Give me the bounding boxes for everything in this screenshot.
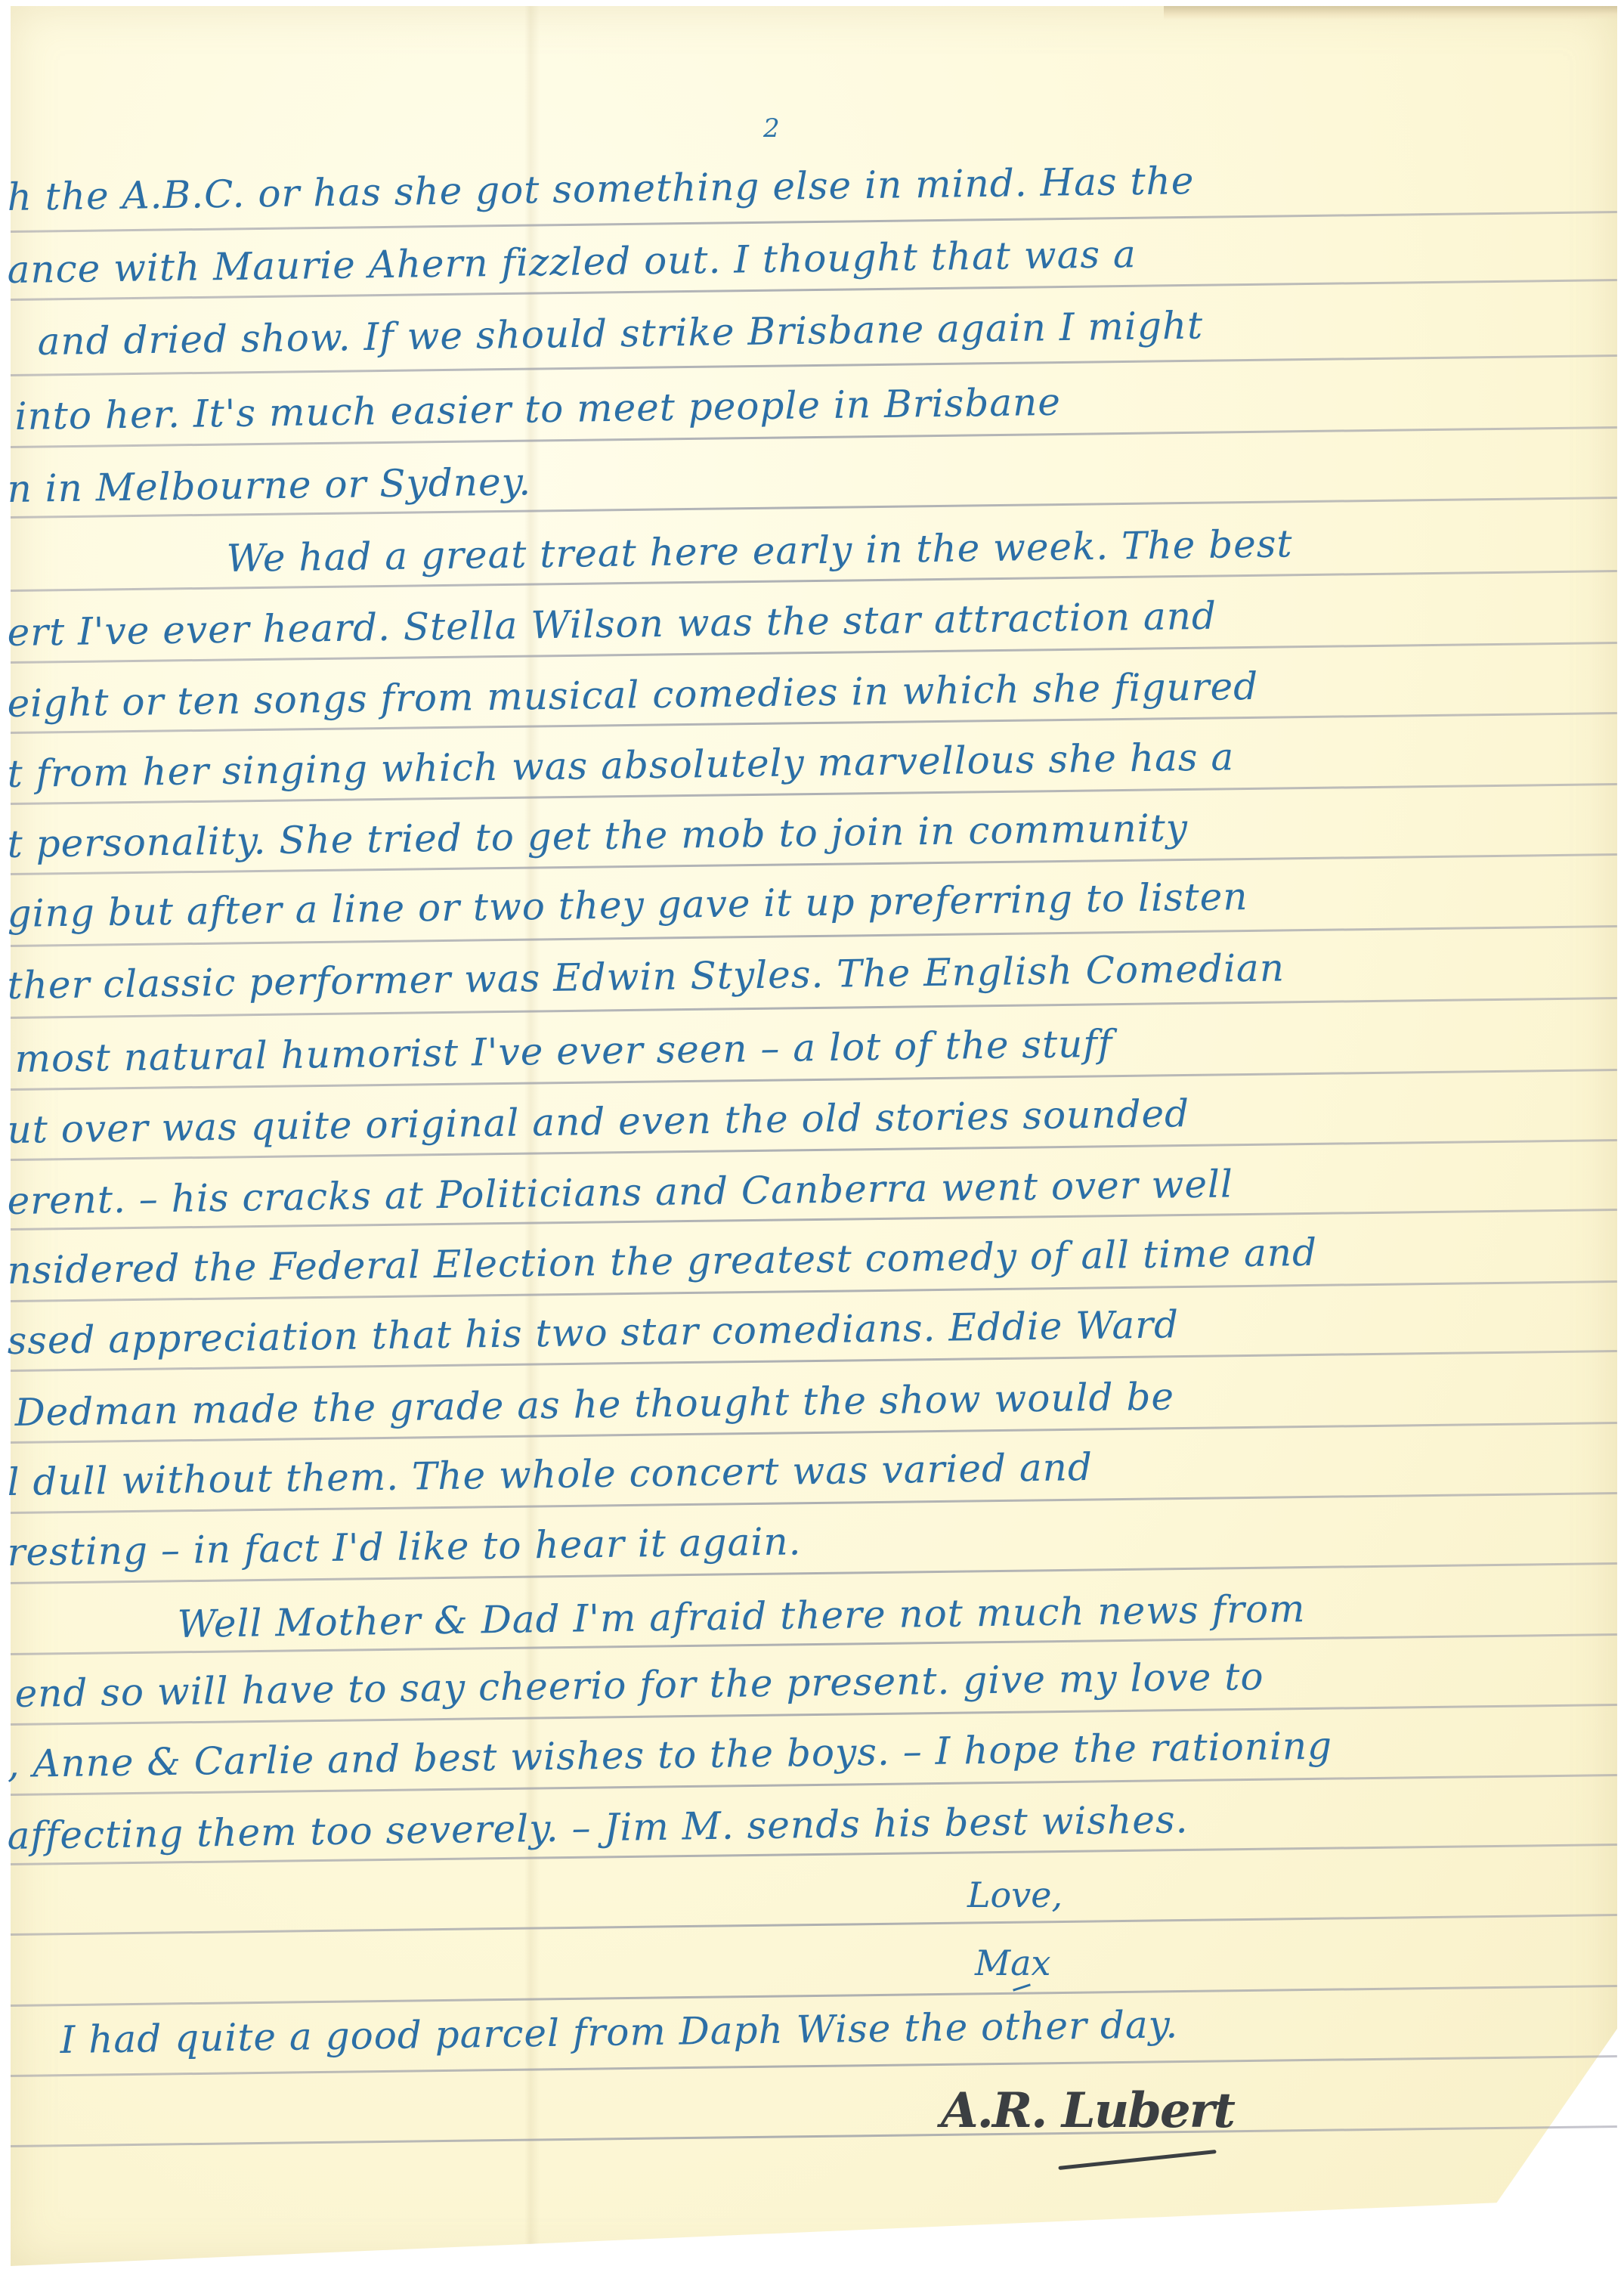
letter-line: n in Melbourne or Sydney.: [7, 460, 531, 511]
sign-off-name: Max: [975, 1943, 1050, 1983]
torn-top-edge: [1164, 6, 1617, 20]
page-number: 2: [763, 113, 780, 144]
closing-love: Love,: [967, 1875, 1063, 1915]
signature: A.R. Lubert: [941, 2082, 1234, 2139]
